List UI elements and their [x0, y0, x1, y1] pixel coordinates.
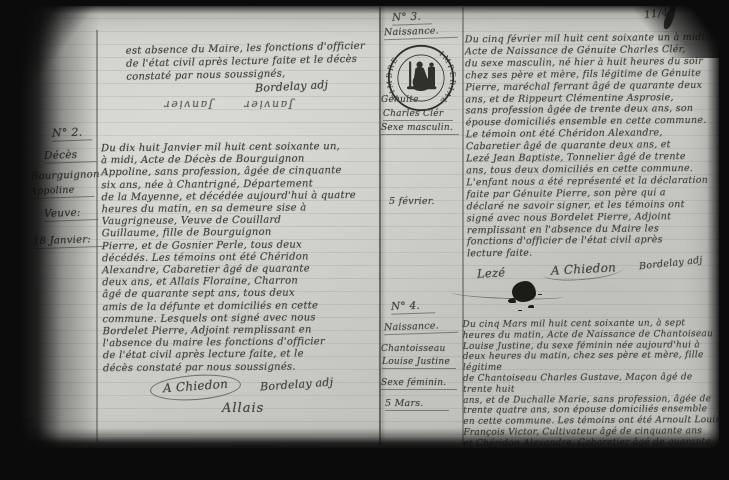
margin4-entry-number: N° 4.: [391, 299, 435, 315]
left-margin-status: Veuve:: [44, 206, 98, 222]
register-scan-photo: N° 2. Décès Bourguignon Appoline Veuve: …: [0, 0, 729, 480]
margin3-family-name: Génuite: [381, 95, 419, 105]
death-act-body-text: Du dix huit Janvier mil huit cent soixan…: [101, 141, 381, 375]
signature-leze: Lezé: [477, 265, 506, 280]
birth-act4-body-text: Du cinq Mars mil huit cent soixante un, …: [463, 318, 722, 460]
ink-offset-marks: Janvier Janvier: [163, 98, 293, 111]
left-margin-date: 18 Janvier:: [33, 234, 107, 250]
margin3-given-names: Charles Clér: [383, 109, 453, 121]
margin4-date: 5 Mars.: [385, 398, 449, 411]
margin3-act-type: Naissance.: [384, 25, 458, 41]
margin4-family-name: Chantoisseau: [381, 344, 445, 354]
stamp-right-text: IMPÉRIAL: [438, 49, 456, 106]
left-page-closing-text: est absence du Maire, les fonctions d'of…: [126, 39, 389, 83]
stamp-right-textpath: IMPÉRIAL: [438, 49, 456, 106]
left-margin-entry-number: N° 2.: [52, 125, 92, 141]
birth-act3-body-text: Du cinq février mil huit cent soixante u…: [465, 32, 719, 261]
margin4-sex: Sexe féminin.: [381, 378, 457, 390]
left-margin-act-type: Décès: [44, 148, 96, 164]
signature-allais: Allais: [222, 401, 264, 416]
left-margin-given-name: Appoline: [30, 184, 94, 199]
margin3-entry-number: N° 3.: [392, 10, 432, 25]
stamp-seated-figure: [407, 61, 436, 91]
margin3-sex: Sexe masculin.: [381, 123, 459, 135]
ink-blot: [512, 281, 536, 302]
margin3-date: 5 février.: [389, 196, 435, 207]
margin4-given-names: Louise Justine: [382, 357, 456, 369]
margin4-act-type: Naissance.: [384, 320, 458, 336]
